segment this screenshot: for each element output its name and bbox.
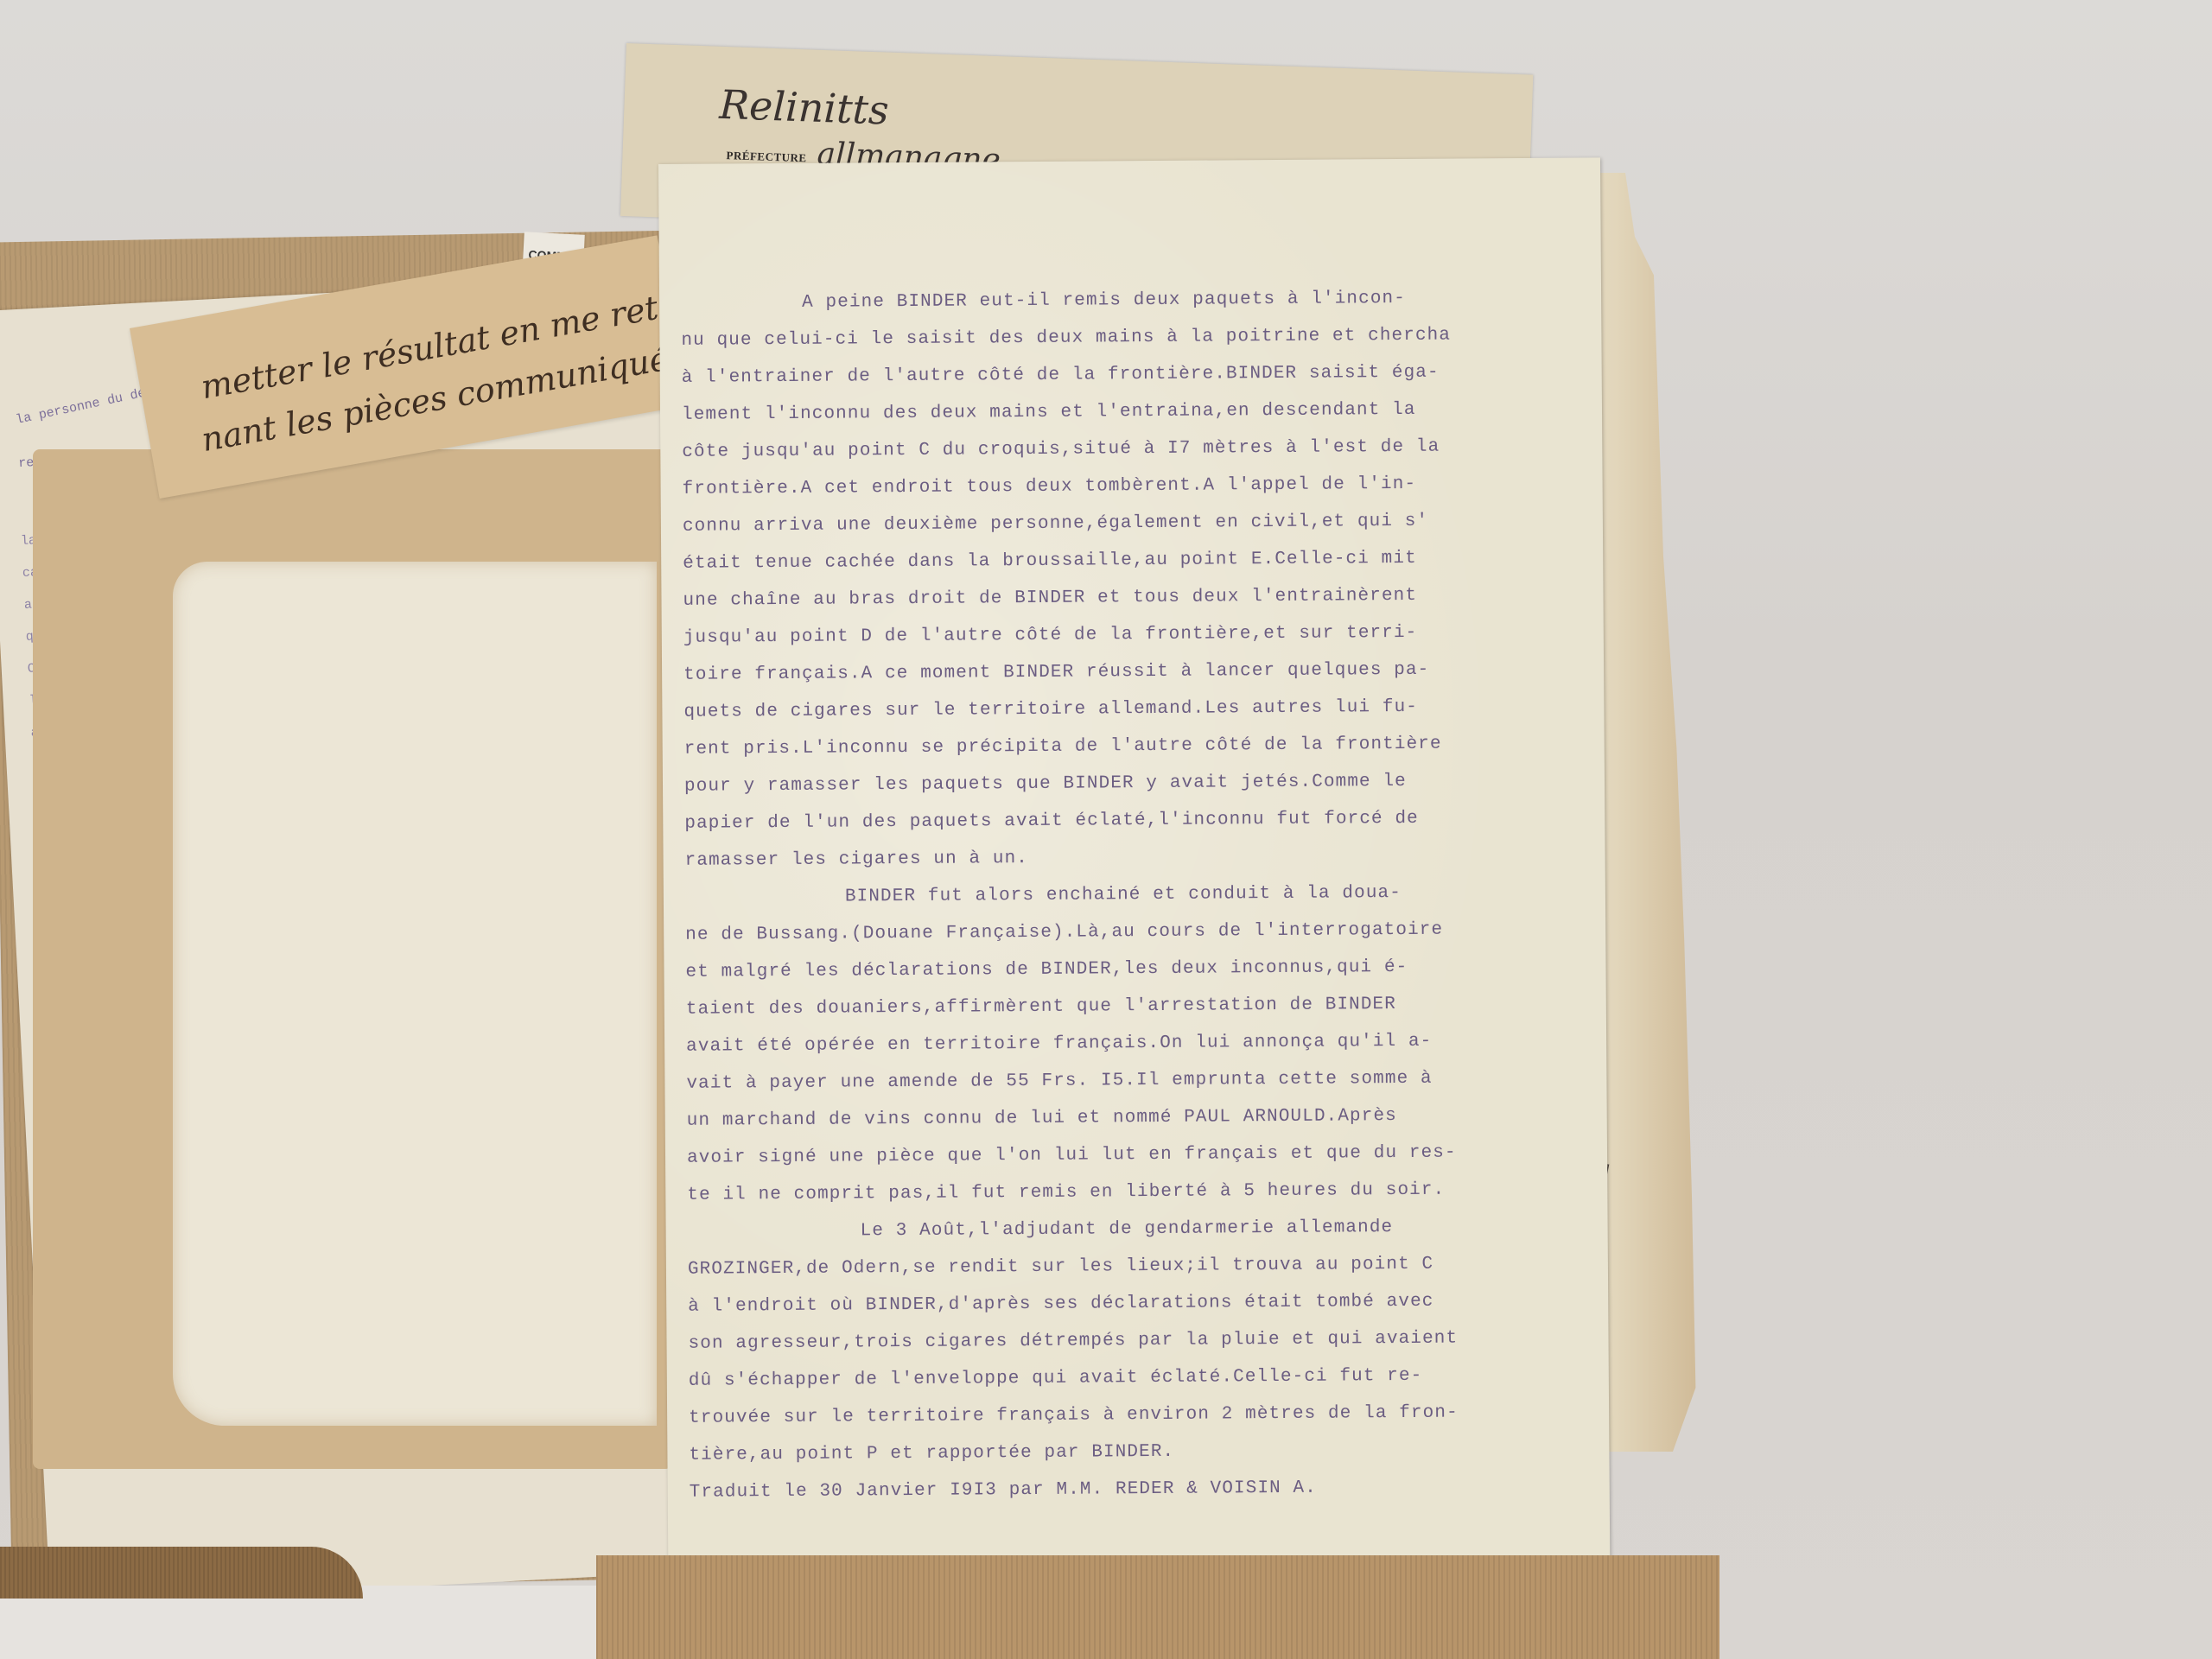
text-line: une chaîne au bras droit de BINDER et to… xyxy=(683,586,1417,611)
text-line: avait été opérée en territoire français.… xyxy=(686,1032,1432,1057)
text-line: son agresseur,trois cigares détrempés pa… xyxy=(688,1329,1458,1354)
text-line: pour y ramasser les paquets que BINDER y… xyxy=(684,772,1407,797)
text-line: connu arriva une deuxième personne,égale… xyxy=(683,512,1428,537)
text-line: un marchand de vins connu de lui et nomm… xyxy=(687,1106,1397,1131)
text-line: à l'entrainer de l'autre côté de la fron… xyxy=(682,363,1440,388)
text-line: nu que celui-ci le saisit des deux mains… xyxy=(681,326,1451,351)
text-line: vait à payer une amende de 55 Frs. I5.Il… xyxy=(686,1069,1432,1094)
text-line: te il ne comprit pas,il fut remis en lib… xyxy=(687,1180,1445,1205)
wrapper-window xyxy=(173,562,657,1426)
text-line: taient des douaniers,affirmèrent que l'a… xyxy=(686,995,1396,1020)
typed-translation-page: A peine BINDER eut-il remis deux paquets… xyxy=(658,157,1610,1581)
handwritten-signature: Relinitts xyxy=(719,81,890,134)
text-line: toire français.A ce moment BINDER réussi… xyxy=(683,660,1429,685)
text-line: côte jusqu'au point C du croquis,situé à… xyxy=(682,437,1440,462)
cardboard-edge-left xyxy=(0,1547,363,1599)
text-line: tière,au point P et rapportée par BINDER… xyxy=(689,1442,1174,1465)
text-line: jusqu'au point D de l'autre côté de la f… xyxy=(683,623,1418,648)
text-line: papier de l'un des paquets avait éclaté,… xyxy=(684,809,1419,834)
text-line: BINDER fut alors enchainé et conduit à l… xyxy=(845,883,1402,906)
text-line: lement l'inconnu des deux mains et l'ent… xyxy=(682,400,1416,425)
text-line: trouvée sur le territoire français à env… xyxy=(689,1403,1459,1428)
text-line: frontière.A cet endroit tous deux tombèr… xyxy=(683,474,1417,499)
text-line: avoir signé une pièce que l'on lui lut e… xyxy=(687,1143,1457,1168)
text-line: rent pris.L'inconnu se précipita de l'au… xyxy=(684,734,1442,760)
text-line: Le 3 Août,l'adjudant de gendarmerie alle… xyxy=(861,1217,1394,1241)
text-line: GROZINGER,de Odern,se rendit sur les lie… xyxy=(688,1255,1433,1280)
text-line: quets de cigares sur le territoire allem… xyxy=(683,697,1418,722)
text-line: dû s'échapper de l'enveloppe qui avait é… xyxy=(689,1366,1423,1391)
text-line: à l'endroit où BINDER,d'après ses déclar… xyxy=(688,1292,1433,1317)
text-line: ramasser les cigares un à un. xyxy=(685,849,1029,871)
cardboard-edge-bottom xyxy=(596,1555,1719,1659)
text-line: était tenue cachée dans la broussaille,a… xyxy=(683,549,1417,574)
typed-fragment: a xyxy=(23,598,32,613)
text-line: et malgré les déclarations de BINDER,les… xyxy=(685,957,1408,982)
translation-signature-line: Traduit le 30 Janvier I9I3 par M.M. REDE… xyxy=(690,1478,1317,1503)
tan-wrapper-sheet xyxy=(33,449,672,1469)
text-line: A peine BINDER eut-il remis deux paquets… xyxy=(802,289,1406,313)
text-line: ne de Bussang.(Douane Française).Là,au c… xyxy=(685,920,1443,945)
